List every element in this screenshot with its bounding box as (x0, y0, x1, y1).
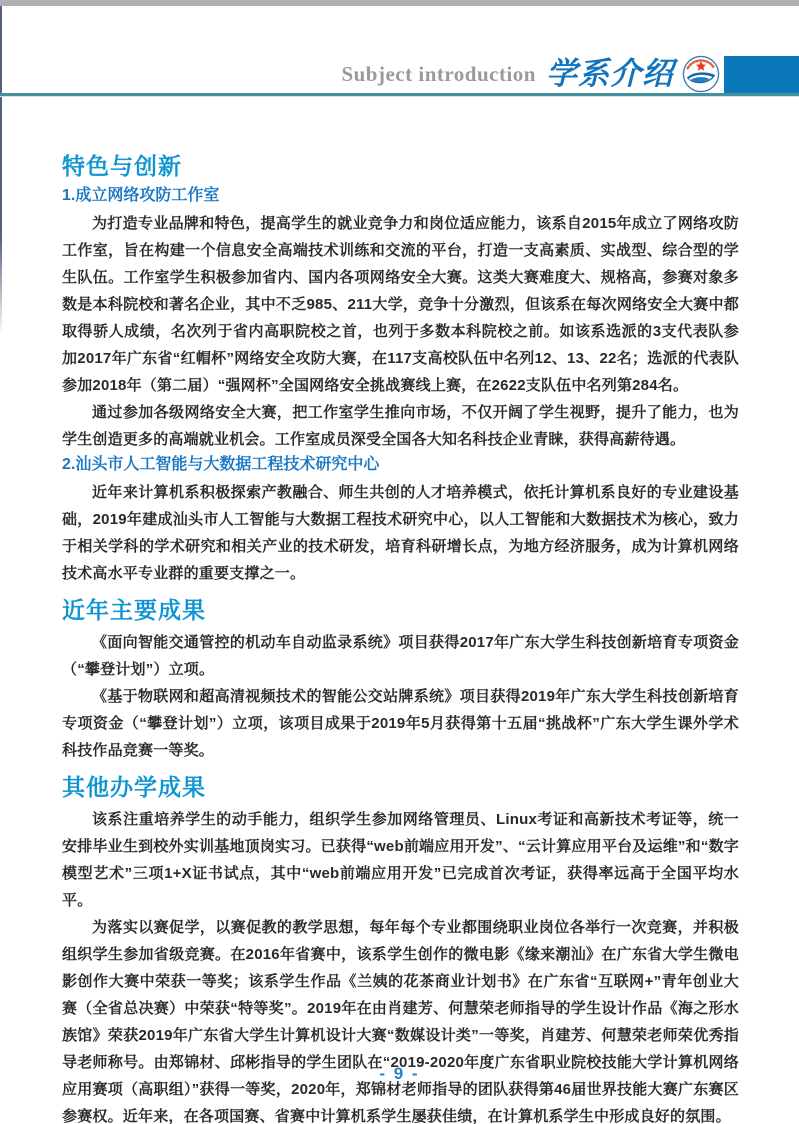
body-paragraph: 为落实以赛促学，以赛促教的教学思想，每年每个专业都围绕职业岗位各举行一次竞赛，并… (62, 914, 739, 1124)
page-footer: - 9 - (0, 1064, 799, 1084)
body-paragraph: 近年来计算机系积极探索产教融合、师生共创的人才培养模式，依托计算机系良好的专业建… (62, 479, 739, 587)
school-emblem-icon (682, 55, 720, 93)
document-page: Subject introduction 学系介绍 特色与创新 1.成立网络攻防… (0, 0, 799, 1124)
section-heading-other-achievements: 其他办学成果 (62, 773, 739, 801)
body-paragraph: 为打造专业品牌和特色，提高学生的就业竞争力和岗位适应能力，该系自2015年成立了… (62, 210, 739, 399)
page-number: - 9 - (379, 1064, 419, 1083)
body-paragraph: 该系注重培养学生的动手能力，组织学生参加网络管理员、Linux考证和高新技术考证… (62, 806, 739, 914)
page-header: Subject introduction 学系介绍 (0, 0, 799, 97)
body-paragraph: 通过参加各级网络安全大赛，把工作室学生推向市场，不仅开阔了学生视野，提升了能力，… (62, 399, 739, 453)
header-subtitle-en: Subject introduction (341, 62, 536, 87)
header-blue-block (724, 56, 799, 94)
body-paragraph: 《面向智能交通管控的机动车自动监录系统》项目获得2017年广东大学生科技创新培育… (62, 629, 739, 683)
header-title-zh: 学系介绍 (546, 56, 674, 92)
body-paragraph: 《基于物联网和超高清视频技术的智能公交站牌系统》项目获得2019年广东大学生科技… (62, 683, 739, 764)
section-heading-features-innovation: 特色与创新 (62, 152, 739, 180)
subsection-heading-ai-bigdata-center: 2.汕头市人工智能与大数据工程技术研究中心 (62, 454, 739, 476)
subsection-heading-cyber-workshop: 1.成立网络攻防工作室 (62, 185, 739, 207)
page-content: 特色与创新 1.成立网络攻防工作室 为打造专业品牌和特色，提高学生的就业竞争力和… (0, 97, 799, 1124)
header-row: Subject introduction 学系介绍 (341, 54, 799, 94)
section-heading-recent-achievements: 近年主要成果 (62, 596, 739, 624)
